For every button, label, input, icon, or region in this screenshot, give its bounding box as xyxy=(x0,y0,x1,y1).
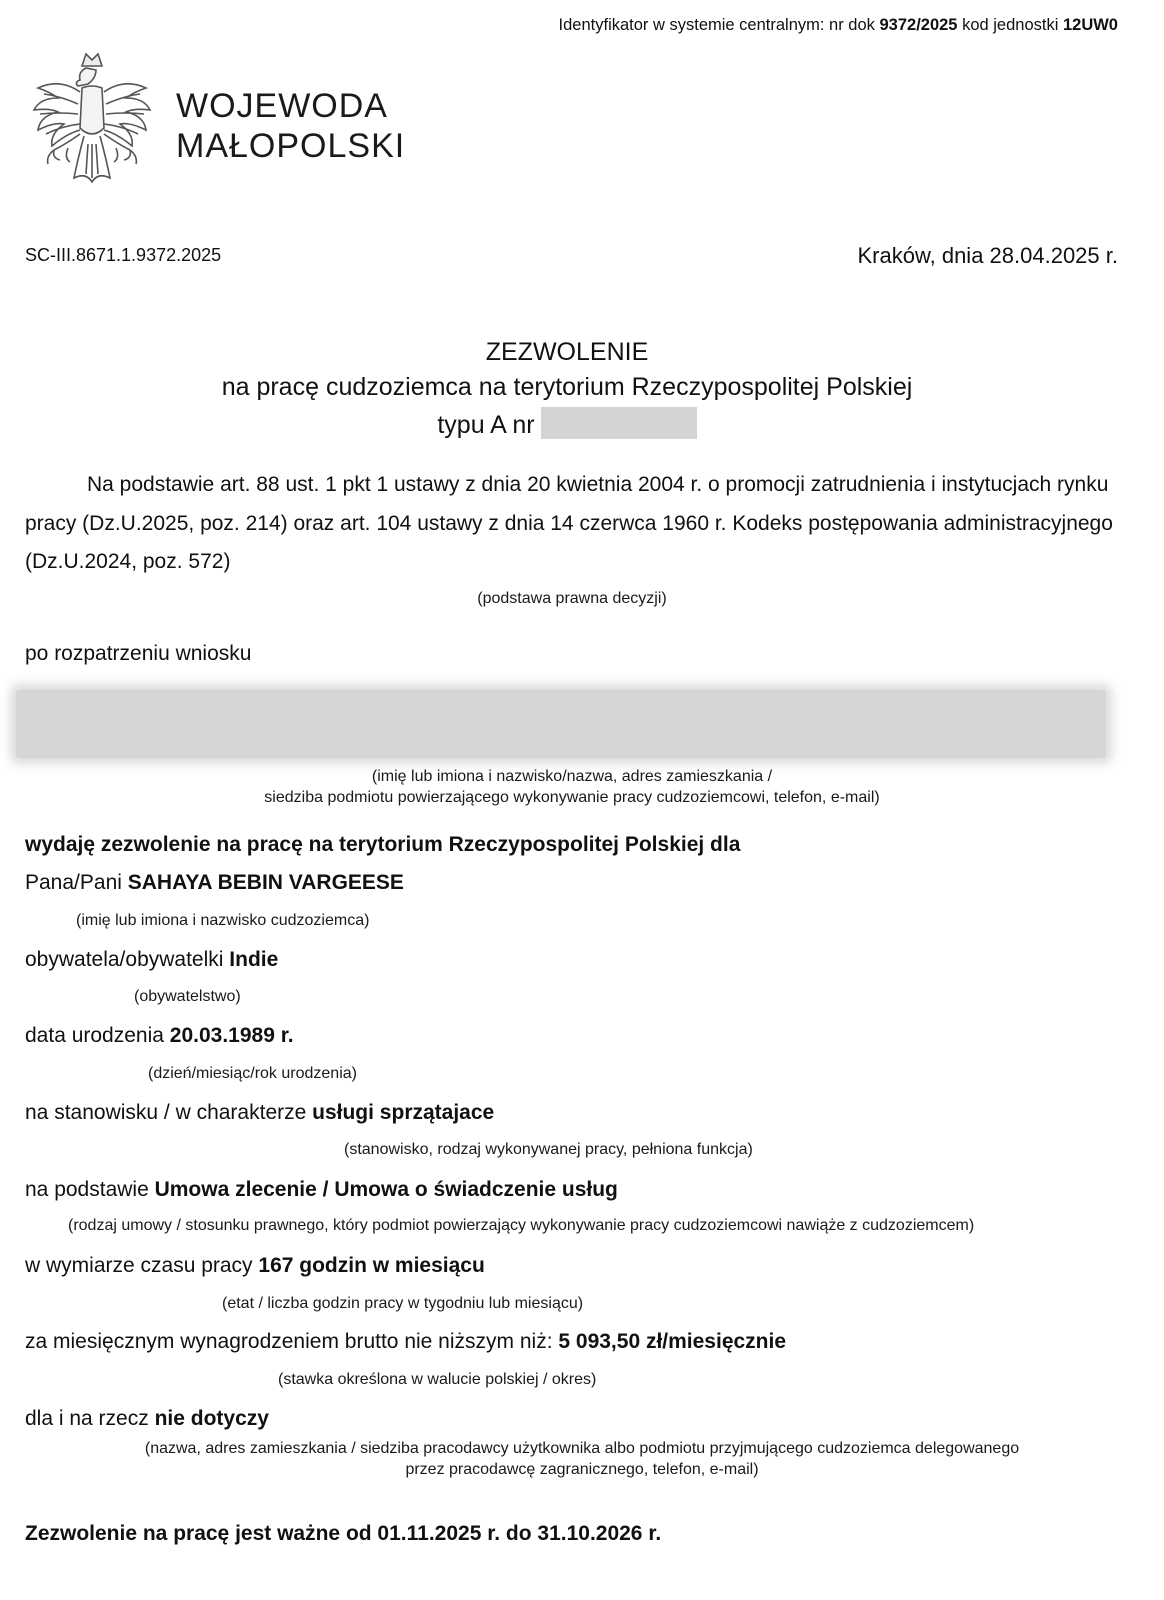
position-row: na stanowisku / w charakterze usługi spr… xyxy=(25,1101,494,1125)
legal-basis-text: Na podstawie art. 88 ust. 1 pkt 1 ustawy… xyxy=(25,466,1115,582)
application-label: po rozpatrzeniu wniosku xyxy=(25,642,251,666)
on-behalf-label: dla i na rzecz xyxy=(25,1407,155,1430)
unit-code-label: kod jednostki xyxy=(957,16,1062,34)
grant-statement: wydaję zezwolenie na pracę na terytorium… xyxy=(25,833,740,857)
dob-label: data urodzenia xyxy=(25,1024,170,1047)
foreigner-name: SAHAYA BEBIN VARGEESE xyxy=(128,871,404,894)
dob-value: 20.03.1989 r. xyxy=(170,1024,294,1047)
place-and-date: Kraków, dnia 28.04.2025 r. xyxy=(857,243,1118,269)
applicant-caption-line-2: siedziba podmiotu powierzającego wykonyw… xyxy=(0,787,1144,808)
salary-value: 5 093,50 zł/miesięcznie xyxy=(558,1330,786,1353)
salary-caption: (stawka określona w walucie polskiej / o… xyxy=(278,1371,596,1389)
basis-label: na podstawie xyxy=(25,1178,155,1201)
applicant-caption-line-1: (imię lub imiona i nazwisko/nazwa, adres… xyxy=(0,766,1144,787)
citizenship-row: obywatela/obywatelki Indie xyxy=(25,948,278,972)
position-caption: (stanowisko, rodzaj wykonywanej pracy, p… xyxy=(344,1141,753,1159)
unit-code: 12UW0 xyxy=(1063,16,1118,34)
position-value: usługi sprzątajace xyxy=(312,1101,494,1124)
institution-line-2: MAŁOPOLSKI xyxy=(176,126,405,166)
validity-statement: Zezwolenie na pracę jest ważne od 01.11.… xyxy=(25,1522,661,1546)
permit-type-label: typu A nr xyxy=(437,411,534,439)
name-label: Pana/Pani xyxy=(25,871,128,894)
redacted-permit-number xyxy=(541,407,697,439)
basis-value: Umowa zlecenie / Umowa o świadczenie usł… xyxy=(155,1178,618,1201)
redacted-applicant-block xyxy=(16,690,1106,758)
citizenship-label: obywatela/obywatelki xyxy=(25,948,229,971)
document-title: ZEZWOLENIE xyxy=(0,338,1134,367)
case-number: SC-III.8671.1.9372.2025 xyxy=(25,245,221,266)
hours-label: w wymiarze czasu pracy xyxy=(25,1254,258,1277)
hours-value: 167 godzin w miesiącu xyxy=(258,1254,484,1277)
system-id-label: Identyfikator w systemie centralnym: nr … xyxy=(559,16,880,34)
salary-row: za miesięcznym wynagrodzeniem brutto nie… xyxy=(25,1330,786,1354)
foreigner-name-row: Pana/Pani SAHAYA BEBIN VARGEESE xyxy=(25,871,404,895)
applicant-caption: (imię lub imiona i nazwisko/nazwa, adres… xyxy=(0,766,1144,808)
on-behalf-value: nie dotyczy xyxy=(155,1407,269,1430)
institution-line-1: WOJEWODA xyxy=(176,86,405,126)
polish-eagle-emblem-icon xyxy=(30,48,154,194)
permit-type-line: typu A nr xyxy=(0,407,1134,440)
working-hours-row: w wymiarze czasu pracy 167 godzin w mies… xyxy=(25,1254,485,1278)
contract-basis-row: na podstawie Umowa zlecenie / Umowa o św… xyxy=(25,1178,618,1202)
citizenship-value: Indie xyxy=(229,948,278,971)
date-of-birth-row: data urodzenia 20.03.1989 r. xyxy=(25,1024,294,1048)
name-caption: (imię lub imiona i nazwisko cudzoziemca) xyxy=(76,912,369,930)
institution-name: WOJEWODA MAŁOPOLSKI xyxy=(176,86,405,166)
dob-caption: (dzień/miesiąc/rok urodzenia) xyxy=(148,1065,357,1083)
hours-caption: (etat / liczba godzin pracy w tygodniu l… xyxy=(222,1295,583,1313)
on-behalf-row: dla i na rzecz nie dotyczy xyxy=(25,1407,269,1431)
system-identifier: Identyfikator w systemie centralnym: nr … xyxy=(559,16,1118,35)
on-behalf-caption: (nazwa, adres zamieszkania / siedziba pr… xyxy=(0,1438,1164,1480)
on-behalf-caption-line-2: przez pracodawcę zagranicznego, telefon,… xyxy=(0,1459,1164,1480)
on-behalf-caption-line-1: (nazwa, adres zamieszkania / siedziba pr… xyxy=(0,1438,1164,1459)
document-subtitle: na pracę cudzoziemca na terytorium Rzecz… xyxy=(0,373,1134,402)
salary-label: za miesięcznym wynagrodzeniem brutto nie… xyxy=(25,1330,558,1353)
document-number: 9372/2025 xyxy=(879,16,957,34)
legal-basis-caption: (podstawa prawna decyzji) xyxy=(0,590,1144,608)
citizenship-caption: (obywatelstwo) xyxy=(134,988,241,1006)
position-label: na stanowisku / w charakterze xyxy=(25,1101,312,1124)
basis-caption: (rodzaj umowy / stosunku prawnego, który… xyxy=(68,1217,974,1235)
